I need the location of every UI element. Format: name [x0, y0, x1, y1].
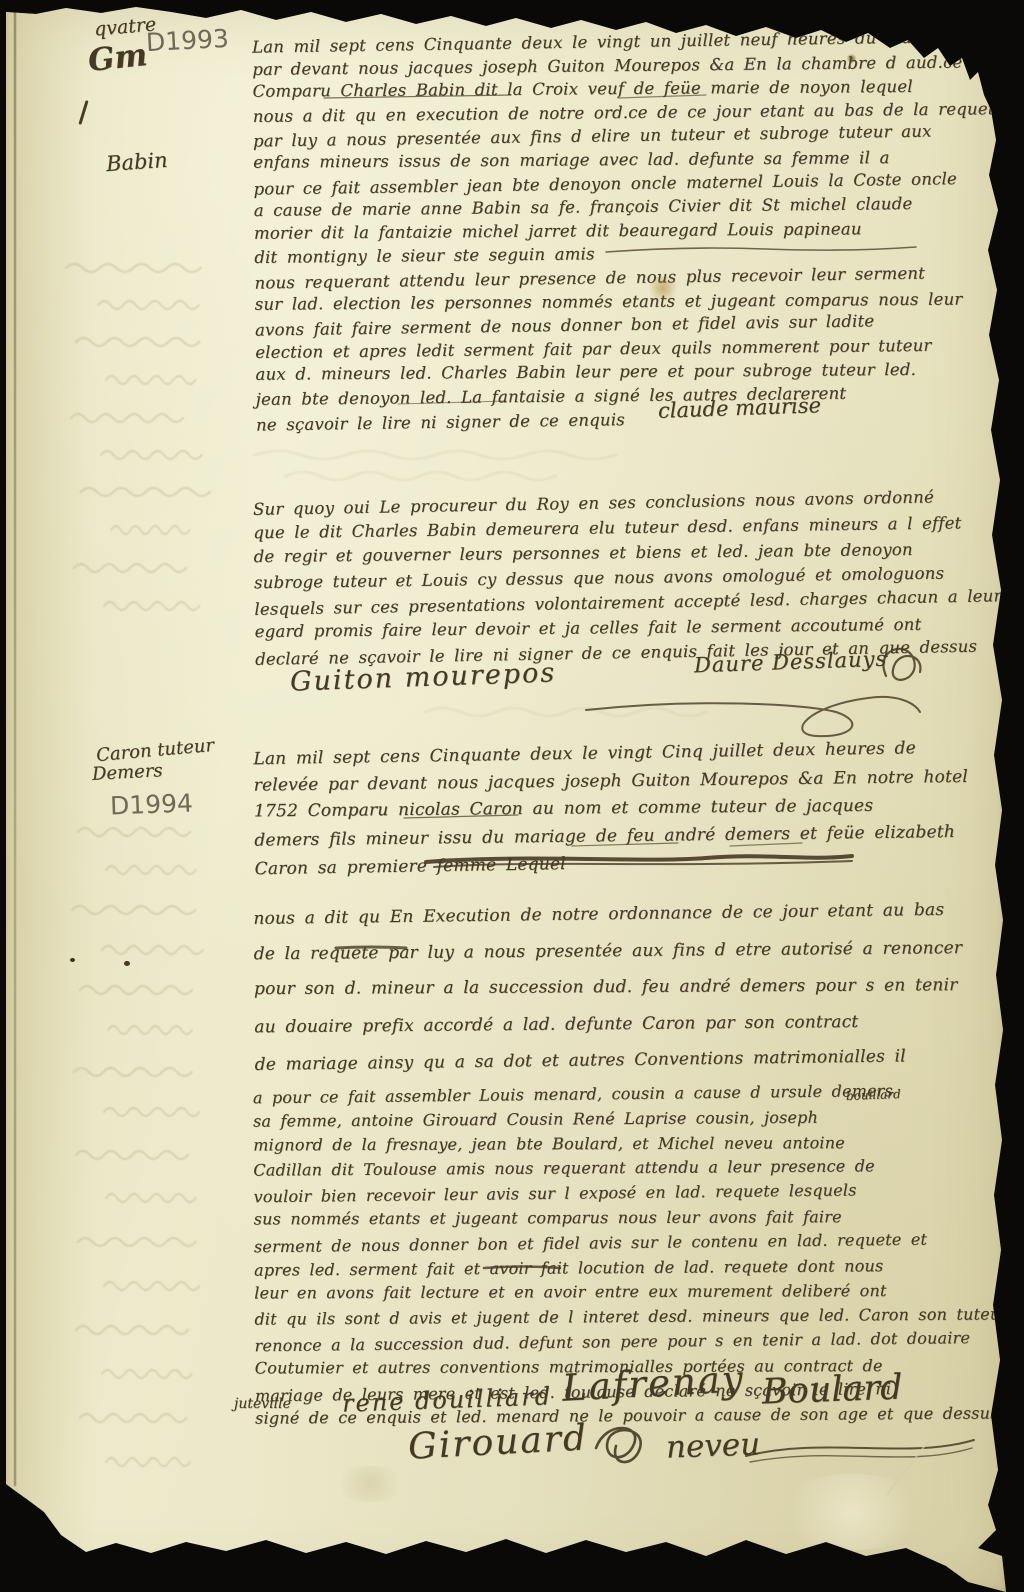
signature-girouard: Girouard — [407, 1417, 589, 1467]
interline-note-bouillard: bouillard — [846, 1087, 901, 1103]
signature-boulard: Boulard — [761, 1368, 903, 1413]
clerk-paraph: Gm — [86, 37, 149, 79]
manuscript-page: qvatre Gm D1993 Babin Caron tuteur Demer… — [6, 0, 1006, 1592]
ink-speck — [70, 958, 75, 962]
signature-neveu: neveu — [665, 1426, 760, 1465]
scan-backdrop: qvatre Gm D1993 Babin Caron tuteur Demer… — [0, 0, 1024, 1592]
neveu-tail — [746, 1440, 974, 1456]
fold-crease-line — [14, 6, 16, 1486]
archive-number-d1994: D1994 — [110, 789, 194, 821]
signature-flourish — [586, 697, 920, 736]
binding-edge-shading — [6, 0, 98, 1592]
manuscript-line: mignord de la fresnaye, jean bte Boulard… — [253, 1130, 1005, 1158]
manuscript-line: leur en avons fait lecture et en avoir e… — [254, 1279, 1006, 1307]
neveu-tail-2 — [750, 1448, 972, 1462]
act2-body-upper-block: nous a dit qu En Execution de notre ordo… — [253, 893, 1007, 1082]
manuscript-line: pour son d. mineur a la succession dud. … — [254, 967, 1006, 1008]
act1-judgment-block: Sur quoy oui Le procureur du Roy en ses … — [253, 485, 1007, 670]
margin-note-demers: Demers — [91, 760, 163, 785]
paper-smudge-2 — [332, 1466, 408, 1502]
act1-text-block: Lan mil sept cens Cinquante deux le ving… — [252, 26, 1008, 435]
ink-speck-2 — [124, 961, 130, 966]
age-stain — [646, 276, 680, 300]
act2-opening-block: Lan mil sept cens Cinquante deux le ving… — [253, 735, 1007, 882]
paper-smudge — [772, 1474, 932, 1550]
margin-note-babin: Babin — [105, 148, 168, 176]
archive-number-d1993: D1993 — [145, 24, 229, 57]
ink-spot — [846, 54, 857, 63]
girouard-paraph — [596, 1428, 641, 1462]
